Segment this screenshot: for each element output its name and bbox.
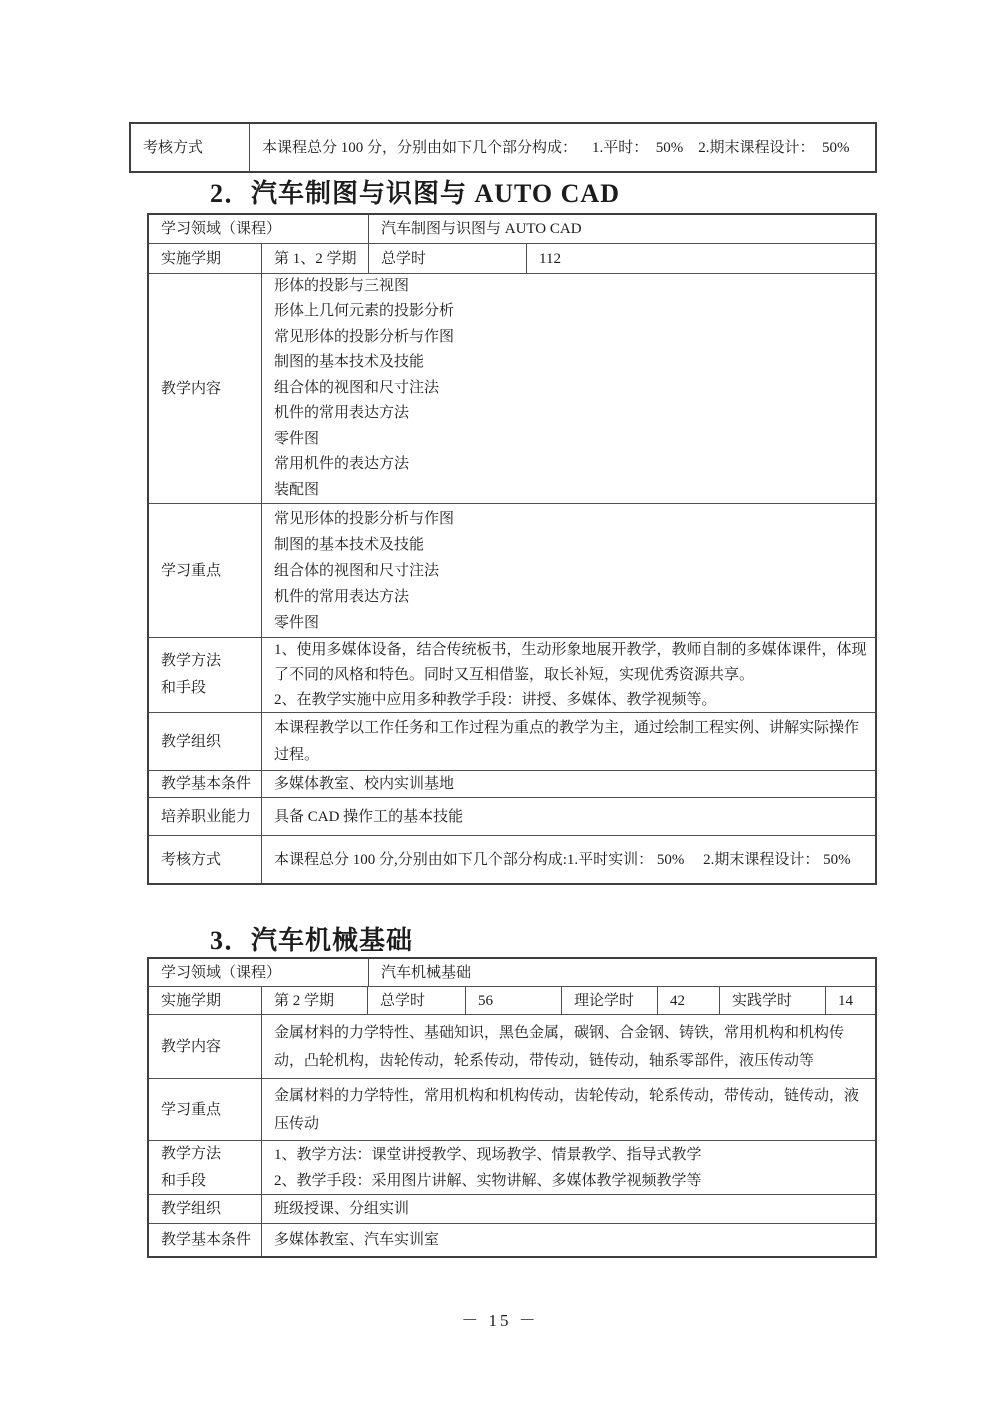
row-label-cell: 学习重点 [149, 504, 262, 637]
section-3-heading: 3．汽车机械基础 [210, 926, 413, 956]
table-row-vocational-ability: 培养职业能力 具备 CAD 操作工的基本技能 [149, 798, 875, 836]
theory-hours-value-cell: 42 [658, 987, 720, 1014]
semester-label: 实施学期 [161, 246, 221, 272]
practice-hours-label-cell: 实践学时 [720, 987, 826, 1014]
row-label: 考核方式 [143, 135, 203, 161]
course-value: 汽车制图与识图与 AUTO CAD [381, 216, 582, 242]
row-value-cell: 本课程教学以工作任务和工作过程为重点的教学为主，通过绘制工程实例、讲解实际操作过… [262, 713, 875, 770]
table-row-assessment: 考核方式 本课程总分 100 分,分别由如下几个部分构成:1.平时实训： 50%… [149, 836, 875, 883]
course-value: 汽车机械基础 [381, 960, 471, 986]
course-label-cell: 学习领域（课程） [149, 215, 369, 243]
table-row-basic-conditions: 教学基本条件 多媒体教室、汽车实训室 [149, 1224, 875, 1256]
row-value-cell: 本课程总分 100 分,分别由如下几个部分构成:1.平时实训： 50% 2.期末… [262, 836, 875, 883]
table-row-basic-conditions: 教学基本条件 多媒体教室、校内实训基地 [149, 771, 875, 798]
course-table-autocad: 学习领域（课程） 汽车制图与识图与 AUTO CAD 实施学期 第 1、2 学期… [147, 213, 877, 885]
table-row-teaching-content: 教学内容 金属材料的力学特性、基础知识，黑色金属，碳钢、合金钢、铸铁，常用机构和… [149, 1015, 875, 1079]
carryover-assessment-table: 考核方式 本课程总分 100 分，分别由如下几个部分构成： 1.平时： 50% … [129, 122, 877, 173]
row-value: 本课程教学以工作任务和工作过程为重点的教学为主，通过绘制工程实例、讲解实际操作过… [274, 715, 869, 769]
semester-hours-row: 实施学期 第 2 学期 总学时 56 理论学时 42 实践学时 14 [149, 987, 875, 1015]
row-label-cell: 考核方式 [149, 836, 262, 883]
total-hours-value: 56 [478, 988, 493, 1014]
row-value: 多媒体教室、校内实训基地 [274, 771, 454, 797]
row-label: 学习重点 [161, 1097, 221, 1123]
row-value: 班级授课、分组实训 [274, 1196, 409, 1222]
semester-value-cell: 第 1、2 学期 [262, 244, 369, 273]
table-row-teaching-methods: 教学方法 和手段 1、使用多媒体设备，结合传统板书，生动形象地展开教学，教师自制… [149, 638, 875, 713]
course-label: 学习领域（课程） [161, 216, 281, 242]
table-row-key-points: 学习重点 常见形体的投影分析与作图 制图的基本技术及技能 组合体的视图和尺寸注法… [149, 504, 875, 638]
theory-hours-label: 理论学时 [574, 988, 634, 1014]
row-label: 教学内容 [161, 1034, 221, 1060]
row-value-cell: 具备 CAD 操作工的基本技能 [262, 798, 875, 835]
total-hours-label: 总学时 [381, 246, 426, 272]
row-label-cell: 教学方法 和手段 [149, 1141, 262, 1194]
theory-hours-value: 42 [670, 988, 685, 1014]
row-value: 金属材料的力学特性，常用机构和机构传动，齿轮传动，轮系传动，带传动，链传动，液压… [274, 1082, 869, 1138]
row-label-cell: 教学内容 [149, 274, 262, 503]
total-hours-label-cell: 总学时 [368, 987, 466, 1014]
document-page: { "carryover": { "label": "考核方式", "value… [0, 0, 1000, 1414]
row-label-cell: 教学组织 [149, 1195, 262, 1223]
row-value-cell: 常见形体的投影分析与作图 制图的基本技术及技能 组合体的视图和尺寸注法 机件的常… [262, 504, 875, 637]
practice-hours-value-cell: 14 [826, 987, 875, 1014]
table-row-teaching-content: 教学内容 形体的投影与三视图 形体上几何元素的投影分析 常见形体的投影分析与作图… [149, 274, 875, 504]
row-value: 本课程总分 100 分,分别由如下几个部分构成:1.平时实训： 50% 2.期末… [274, 847, 851, 873]
row-label: 学习重点 [161, 558, 221, 584]
total-hours-value: 112 [539, 246, 561, 272]
course-name-row: 学习领域（课程） 汽车机械基础 [149, 959, 875, 987]
row-value-cell: 形体的投影与三视图 形体上几何元素的投影分析 常见形体的投影分析与作图 制图的基… [262, 274, 875, 503]
course-label-cell: 学习领域（课程） [149, 959, 369, 986]
course-table-mechanics: 学习领域（课程） 汽车机械基础 实施学期 第 2 学期 总学时 56 理论学时 … [147, 957, 877, 1258]
table-row-teaching-methods: 教学方法 和手段 1、教学方法：课堂讲授教学、现场教学、情景教学、指导式教学 2… [149, 1141, 875, 1195]
semester-value: 第 2 学期 [274, 988, 334, 1014]
course-value-cell: 汽车机械基础 [369, 959, 875, 986]
course-label: 学习领域（课程） [161, 960, 281, 986]
course-name-row: 学习领域（课程） 汽车制图与识图与 AUTO CAD [149, 215, 875, 244]
row-label: 培养职业能力 [161, 804, 251, 830]
row-value: 本课程总分 100 分，分别由如下几个部分构成： 1.平时： 50% 2.期末课… [262, 135, 850, 161]
row-label-cell: 培养职业能力 [149, 798, 262, 835]
row-value: 常见形体的投影分析与作图 制图的基本技术及技能 组合体的视图和尺寸注法 机件的常… [274, 506, 454, 636]
row-label: 教学内容 [161, 376, 221, 402]
total-hours-label: 总学时 [380, 988, 425, 1014]
table-row: 考核方式 本课程总分 100 分，分别由如下几个部分构成： 1.平时： 50% … [131, 124, 875, 171]
row-label: 教学组织 [161, 729, 221, 755]
page-number: － 15 － [0, 1306, 1000, 1331]
row-label: 教学基本条件 [161, 1227, 251, 1253]
semester-hours-row: 实施学期 第 1、2 学期 总学时 112 [149, 244, 875, 274]
row-label-cell: 教学组织 [149, 713, 262, 770]
row-value-cell: 多媒体教室、汽车实训室 [262, 1224, 875, 1256]
total-hours-value-cell: 112 [527, 244, 875, 273]
table-row-teaching-organization: 教学组织 班级授课、分组实训 [149, 1195, 875, 1224]
row-value-cell: 1、使用多媒体设备，结合传统板书，生动形象地展开教学，教师自制的多媒体课件，体现… [262, 638, 875, 712]
row-label: 教学方法 和手段 [161, 648, 221, 702]
row-label: 教学方法 和手段 [161, 1141, 221, 1194]
table-row-key-points: 学习重点 金属材料的力学特性，常用机构和机构传动，齿轮传动，轮系传动，带传动，链… [149, 1079, 875, 1141]
row-label-cell: 教学基本条件 [149, 1224, 262, 1256]
row-label-cell: 教学基本条件 [149, 771, 262, 797]
course-value-cell: 汽车制图与识图与 AUTO CAD [369, 215, 875, 243]
row-value-cell: 班级授课、分组实训 [262, 1195, 875, 1223]
semester-label: 实施学期 [161, 988, 221, 1014]
section-2-heading: 2．汽车制图与识图与 AUTO CAD [210, 179, 620, 209]
row-label-cell: 教学方法 和手段 [149, 638, 262, 712]
total-hours-value-cell: 56 [466, 987, 562, 1014]
row-value: 多媒体教室、汽车实训室 [274, 1227, 439, 1253]
row-label: 考核方式 [161, 847, 221, 873]
row-label-cell: 考核方式 [131, 124, 250, 171]
semester-label-cell: 实施学期 [149, 244, 262, 273]
row-value-cell: 金属材料的力学特性，常用机构和机构传动，齿轮传动，轮系传动，带传动，链传动，液压… [262, 1079, 875, 1140]
row-value-cell: 本课程总分 100 分，分别由如下几个部分构成： 1.平时： 50% 2.期末课… [250, 124, 875, 171]
row-value: 1、教学方法：课堂讲授教学、现场教学、情景教学、指导式教学 2、教学手段：采用图… [274, 1142, 702, 1194]
theory-hours-label-cell: 理论学时 [562, 987, 658, 1014]
row-value-cell: 多媒体教室、校内实训基地 [262, 771, 875, 797]
row-value-cell: 金属材料的力学特性、基础知识，黑色金属，碳钢、合金钢、铸铁，常用机构和机构传动，… [262, 1015, 875, 1078]
semester-label-cell: 实施学期 [149, 987, 262, 1014]
row-value: 1、使用多媒体设备，结合传统板书，生动形象地展开教学，教师自制的多媒体课件，体现… [274, 638, 869, 712]
semester-value-cell: 第 2 学期 [262, 987, 368, 1014]
table-row-teaching-organization: 教学组织 本课程教学以工作任务和工作过程为重点的教学为主，通过绘制工程实例、讲解… [149, 713, 875, 771]
row-label-cell: 学习重点 [149, 1079, 262, 1140]
total-hours-label-cell: 总学时 [369, 244, 527, 273]
row-label: 教学组织 [161, 1196, 221, 1222]
row-value: 形体的投影与三视图 形体上几何元素的投影分析 常见形体的投影分析与作图 制图的基… [274, 274, 454, 503]
practice-hours-value: 14 [838, 988, 853, 1014]
row-value: 具备 CAD 操作工的基本技能 [274, 804, 463, 830]
row-label-cell: 教学内容 [149, 1015, 262, 1078]
row-value-cell: 1、教学方法：课堂讲授教学、现场教学、情景教学、指导式教学 2、教学手段：采用图… [262, 1141, 875, 1194]
practice-hours-label: 实践学时 [732, 988, 792, 1014]
row-value: 金属材料的力学特性、基础知识，黑色金属，碳钢、合金钢、铸铁，常用机构和机构传动，… [274, 1019, 869, 1075]
row-label: 教学基本条件 [161, 771, 251, 797]
semester-value: 第 1、2 学期 [274, 246, 357, 272]
